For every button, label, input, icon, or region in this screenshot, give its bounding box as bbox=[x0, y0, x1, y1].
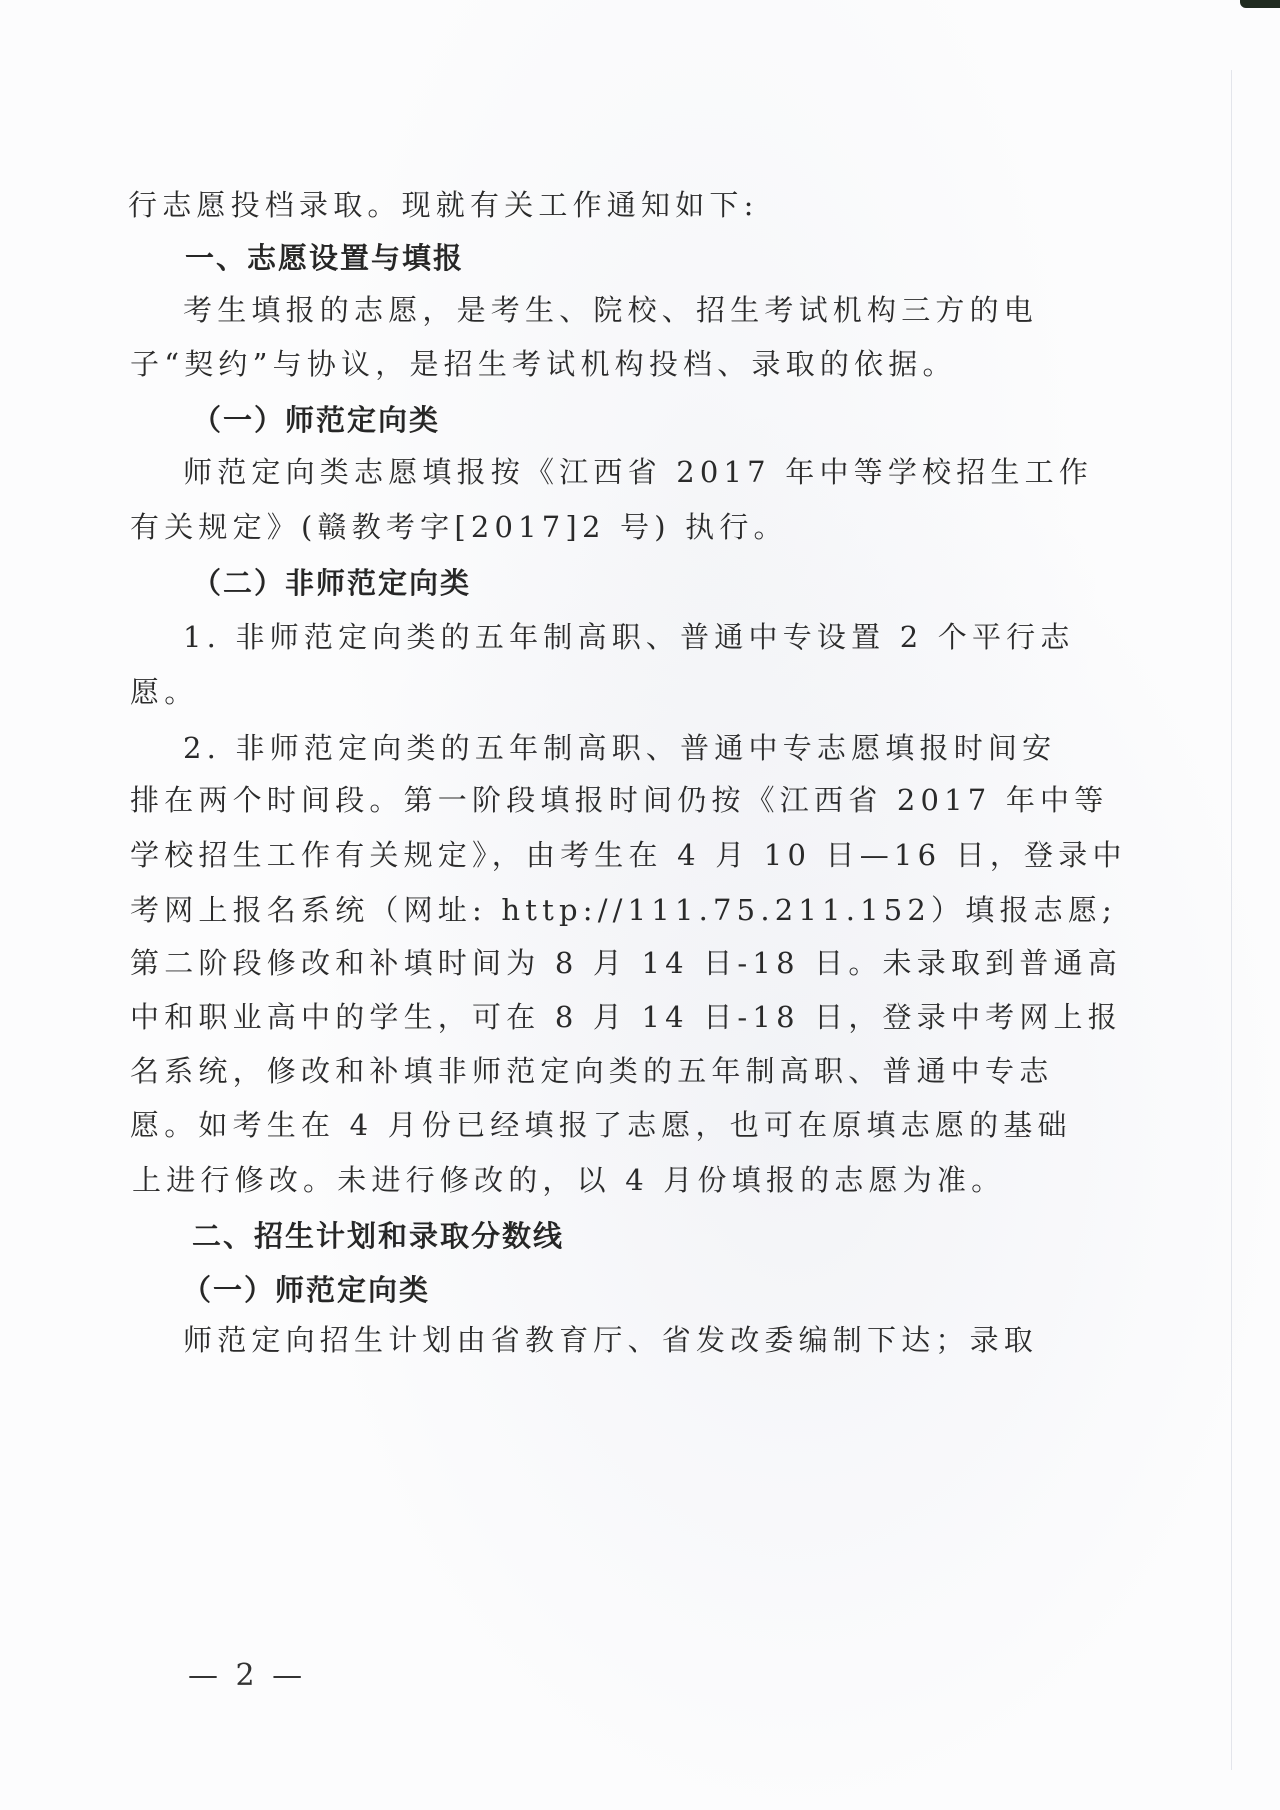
section-heading: 一、志愿设置与填报 bbox=[185, 238, 464, 278]
body-text-line: 考生填报的志愿，是考生、院校、招生考试机构三方的电 bbox=[183, 290, 1038, 330]
body-text-line: 师范定向类志愿填报按《江西省 2017 年中等学校招生工作 bbox=[183, 452, 1093, 492]
page-number: — 2 — bbox=[188, 1656, 306, 1696]
section-heading: （二）非师范定向类 bbox=[192, 563, 471, 603]
body-text-line: 愿。如考生在 4 月份已经填报了志愿，也可在原填志愿的基础 bbox=[130, 1105, 1072, 1145]
body-text-line: 行志愿投档录取。现就有关工作通知如下: bbox=[128, 185, 759, 225]
body-text-line: 1. 非师范定向类的五年制高职、普通中专设置 2 个平行志 bbox=[183, 617, 1075, 657]
page-edge-line bbox=[1231, 70, 1232, 1770]
body-text-line: 第二阶段修改和补填时间为 8 月 14 日-18 日。未录取到普通高 bbox=[130, 943, 1122, 983]
scan-corner-shadow bbox=[1240, 0, 1280, 8]
body-text-line: 学校招生工作有关规定》，由考生在 4 月 10 日—16 日，登录中 bbox=[130, 835, 1127, 875]
body-text-line: 排在两个时间段。第一阶段填报时间仍按《江西省 2017 年中等 bbox=[130, 780, 1108, 820]
body-text-line: 考网上报名系统（网址: http://111.75.211.152）填报志愿; bbox=[130, 890, 1117, 930]
section-heading: （一）师范定向类 bbox=[192, 400, 440, 440]
body-text-line: 中和职业高中的学生，可在 8 月 14 日-18 日，登录中考网上报 bbox=[130, 997, 1122, 1037]
body-text-line: 师范定向招生计划由省教育厅、省发改委编制下达；录取 bbox=[183, 1320, 1038, 1360]
body-text-line: 上进行修改。未进行修改的，以 4 月份填报的志愿为准。 bbox=[132, 1160, 1005, 1200]
body-text-line: 愿。 bbox=[130, 672, 198, 712]
body-text-line: 2. 非师范定向类的五年制高职、普通中专志愿填报时间安 bbox=[183, 728, 1056, 768]
section-heading: （一）师范定向类 bbox=[182, 1270, 430, 1310]
scanned-document-page: 行志愿投档录取。现就有关工作通知如下:一、志愿设置与填报考生填报的志愿，是考生、… bbox=[0, 0, 1280, 1810]
body-text-line: 有关规定》(赣教考字[2017]2 号) 执行。 bbox=[130, 507, 788, 547]
body-text-line: 名系统，修改和补填非师范定向类的五年制高职、普通中专志 bbox=[130, 1051, 1053, 1091]
body-text-line: 子“契约”与协议，是招生考试机构投档、录取的依据。 bbox=[130, 344, 957, 384]
section-heading: 二、招生计划和录取分数线 bbox=[192, 1216, 564, 1256]
